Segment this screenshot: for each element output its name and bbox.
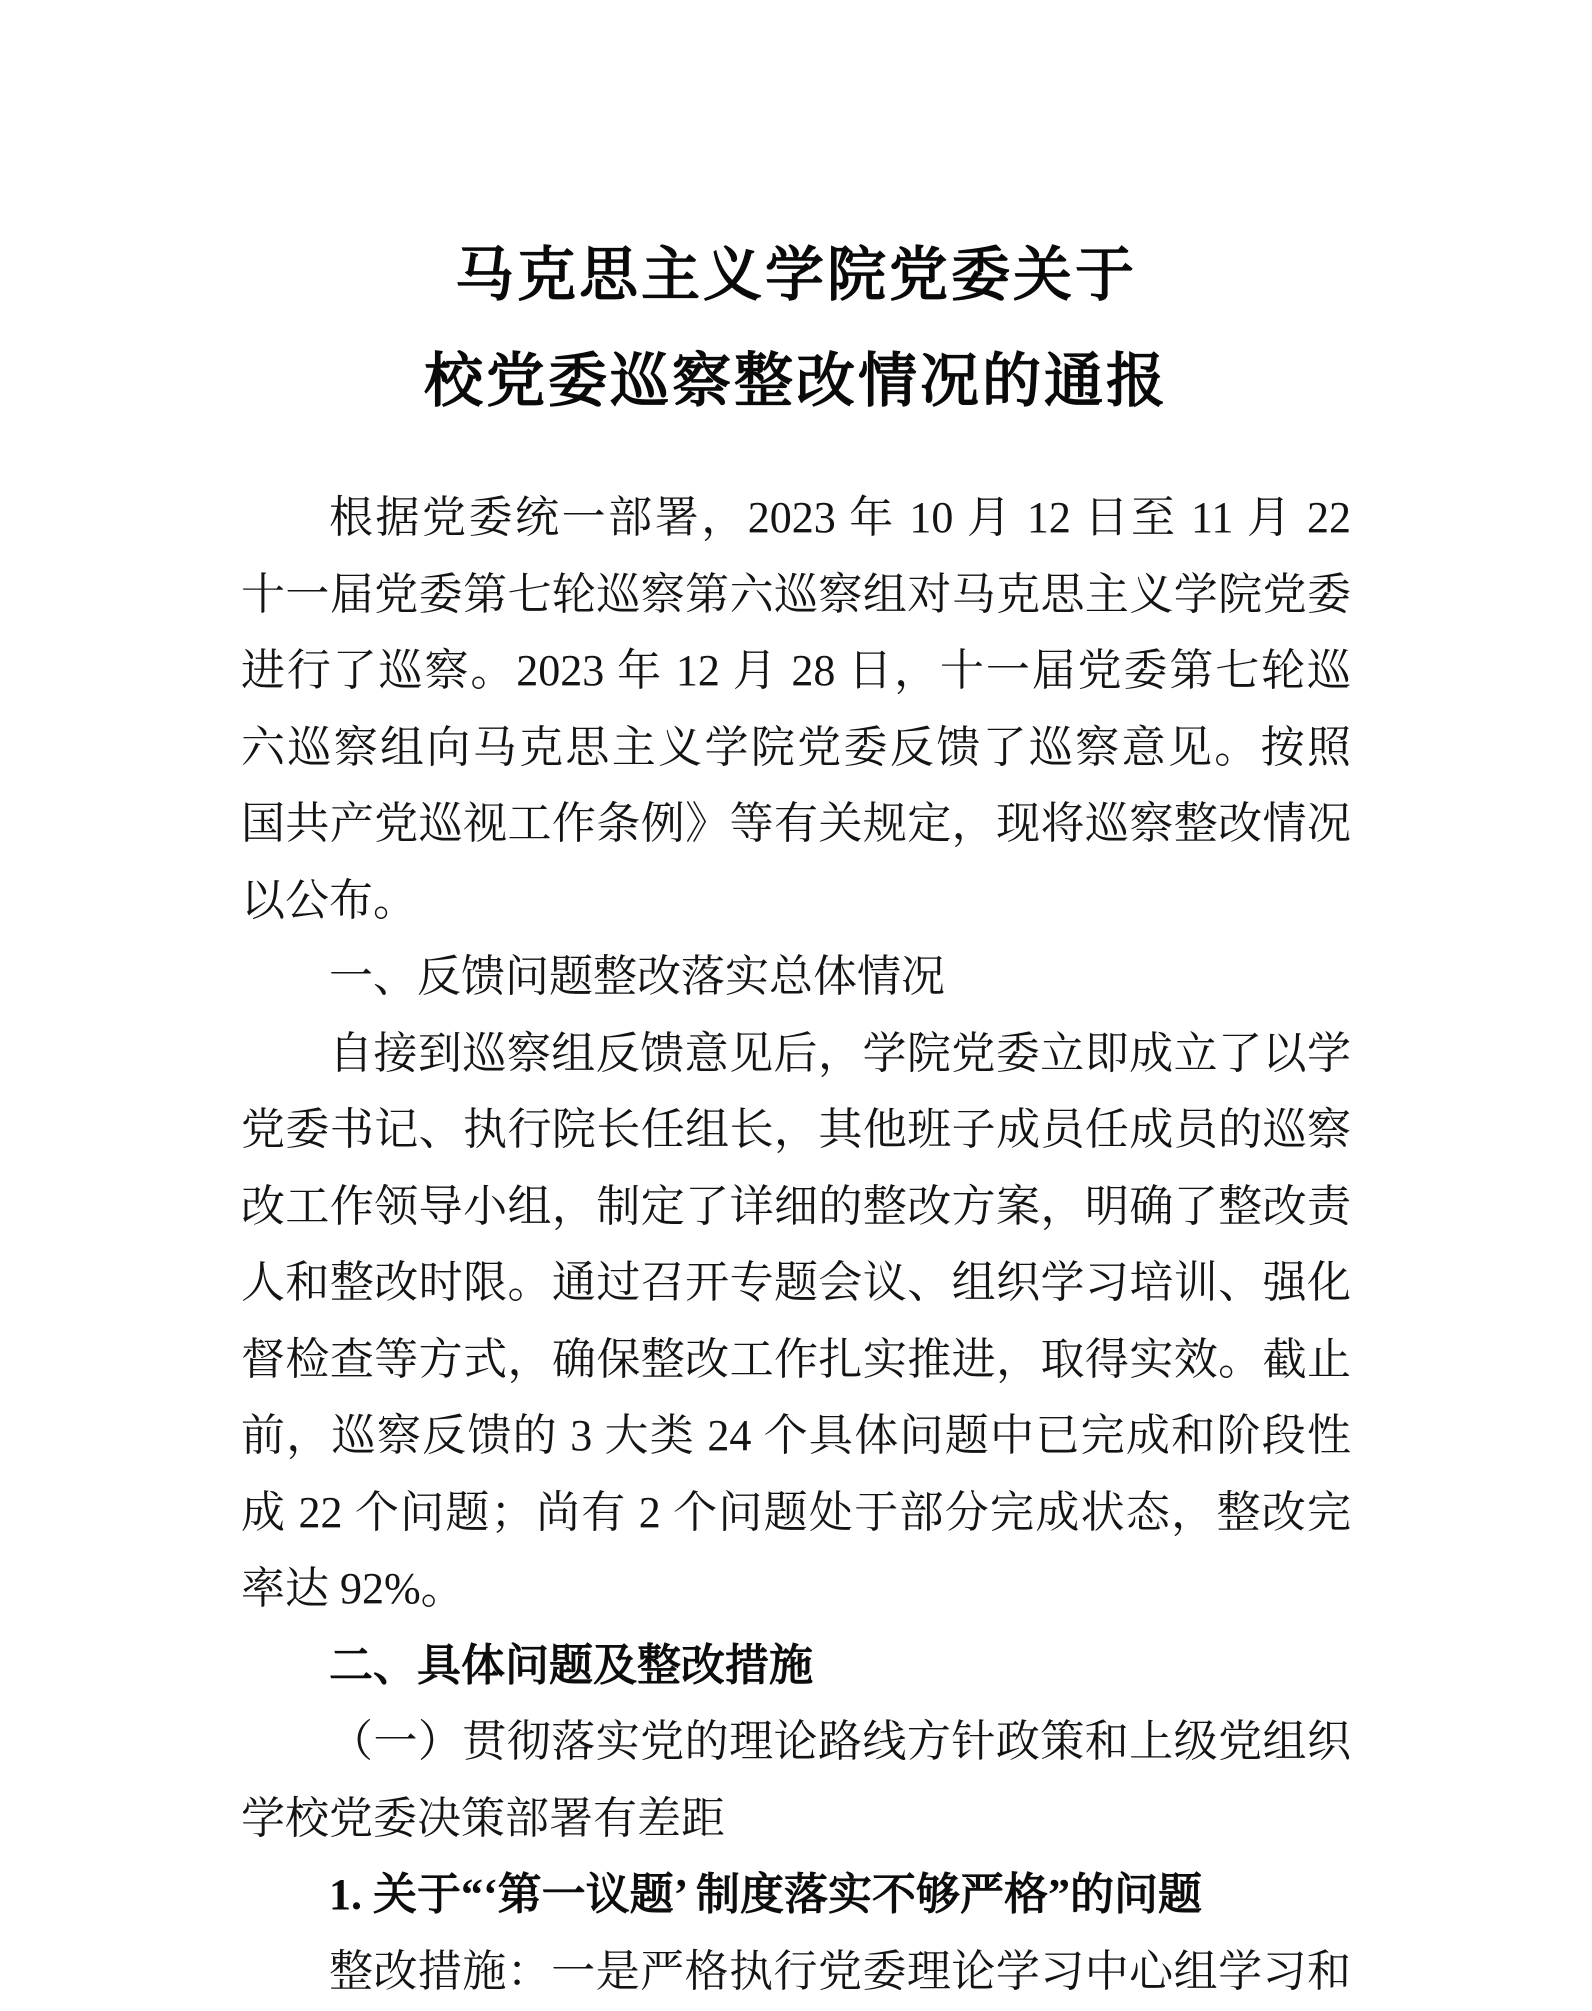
document-line: 进行了巡察。2023 年 12 月 28 日，十一届党委第七轮巡察第	[241, 633, 1351, 710]
document-line: 督检查等方式，确保整改工作扎实推进，取得实效。截止目	[241, 1322, 1351, 1399]
document-line: 学校党委决策部署有差距	[241, 1781, 1351, 1858]
document-page: 马克思主义学院党委关于 校党委巡察整改情况的通报 根据党委统一部署，2023 年…	[0, 0, 1592, 2011]
document-title: 马克思主义学院党委关于 校党委巡察整改情况的通报	[0, 222, 1592, 434]
document-line: 党委书记、执行院长任组长，其他班子成员任成员的巡察整	[241, 1092, 1351, 1169]
document-line: 改工作领导小组，制定了详细的整改方案，明确了整改责任	[241, 1169, 1351, 1246]
document-line: 二、具体问题及整改措施	[241, 1628, 1351, 1705]
document-line: 人和整改时限。通过召开专题会议、组织学习培训、强化监	[241, 1245, 1351, 1322]
document-line: 六巡察组向马克思主义学院党委反馈了巡察意见。按照《中	[241, 710, 1351, 787]
document-line: 国共产党巡视工作条例》等有关规定，现将巡察整改情况予	[241, 786, 1351, 863]
document-title-line1: 马克思主义学院党委关于	[0, 222, 1592, 328]
document-title-line2: 校党委巡察整改情况的通报	[0, 328, 1592, 434]
document-line: 十一届党委第七轮巡察第六巡察组对马克思主义学院党委	[241, 557, 1351, 634]
document-line: 自接到巡察组反馈意见后，学院党委立即成立了以学院	[241, 1016, 1351, 1093]
document-line: 整改措施：一是严格执行党委理论学习中心组学习和	[241, 1934, 1351, 2011]
document-line: 以公布。	[241, 863, 1351, 940]
document-line: 前，巡察反馈的 3 大类 24 个具体问题中已完成和阶段性完	[241, 1398, 1351, 1475]
document-line: 率达 92%。	[241, 1551, 1351, 1628]
document-line: 一、反馈问题整改落实总体情况	[241, 939, 1351, 1016]
document-body: 根据党委统一部署，2023 年 10 月 12 日至 11 月 22 日，十一届…	[241, 480, 1351, 2010]
document-line: 1. 关于“‘第一议题’ 制度落实不够严格”的问题	[241, 1857, 1351, 1934]
document-line: 根据党委统一部署，2023 年 10 月 12 日至 11 月 22 日，	[241, 480, 1351, 557]
document-line: （一）贯彻落实党的理论路线方针政策和上级党组织及	[241, 1704, 1351, 1781]
document-line: 成 22 个问题；尚有 2 个问题处于部分完成状态，整改完成	[241, 1475, 1351, 1552]
